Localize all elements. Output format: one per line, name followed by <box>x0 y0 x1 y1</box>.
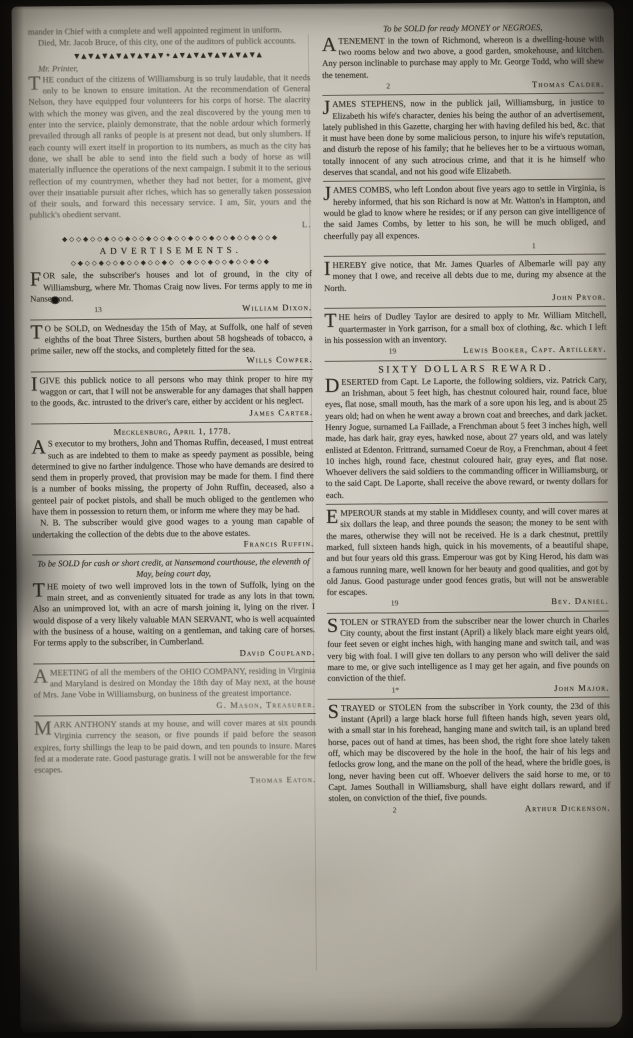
ad-divider-rule <box>34 713 316 716</box>
signature: Francis Ruffin. <box>244 538 315 550</box>
body-text: OR sale, the subscriber's houses and lot… <box>30 268 312 303</box>
signature: James Carter. <box>249 407 313 419</box>
ad-body: JAMES STEPHENS, now in the publick jail,… <box>322 97 605 179</box>
tally-mark: 2 <box>386 80 390 91</box>
drop-cap: J <box>323 186 331 204</box>
body-text: TOLEN or STRAYED from the subscriber nea… <box>327 614 609 683</box>
ad-body: IGIVE this publick notice to all persons… <box>31 373 313 409</box>
ad-body: DESERTED from Capt. Le Laporte, the foll… <box>325 374 608 501</box>
ad-boat-three-sisters-cowper: TO be SOLD, on Wednesday the 15th of May… <box>30 321 312 369</box>
scanned-newspaper-photo: mander in Chief with a complete and well… <box>0 0 633 1038</box>
tally-mark: 1* <box>391 684 399 695</box>
ad-body: FOR sale, the subscriber's houses and lo… <box>30 268 312 304</box>
drop-cap: S <box>328 704 339 722</box>
body-text: GIVE this publick notice to all persons … <box>31 373 313 408</box>
signature-line: Thomas Eaton. <box>34 774 316 788</box>
ad-strayed-horse-dickenson: STRAYED or STOLEN from the subscriber in… <box>328 700 611 815</box>
paragraph: Died, Mr. Jacob Bruce, of this city, one… <box>28 35 310 49</box>
body-text: AMES STEPHENS, now in the publick jail, … <box>323 97 605 177</box>
ink-blot <box>50 296 60 304</box>
ad-body: THE moiety of two well improved lots in … <box>33 579 316 649</box>
ad-body: THE conduct of the citizens of Williamsb… <box>28 72 311 221</box>
ad-body: JAMES COMBS, who left London about five … <box>323 183 605 242</box>
ad-body: THE heirs of Dudley Taylor are desired t… <box>324 310 606 346</box>
body-text: HE moiety of two well improved lots in t… <box>33 579 315 648</box>
ad-body: AMEETING of all the members of the OHIO … <box>33 665 315 701</box>
drop-cap: T <box>33 582 45 600</box>
ad-body: ATENEMENT in the town of Richmond, where… <box>322 33 604 81</box>
body-text: TENEMENT in the town of Richmond, whereo… <box>322 33 604 79</box>
ad-james-stephens-denial: JAMES STEPHENS, now in the publick jail,… <box>322 97 605 179</box>
signature-line: John Pryor. <box>324 292 606 306</box>
signature: Wills Cowper. <box>246 354 312 366</box>
ad-body: AS executor to my brothers, John and Tho… <box>31 436 314 518</box>
drop-cap: I <box>31 376 38 394</box>
ornament-row-above-advertisements: ◆◇◇◆◇◇◆◇◇◆◇◇◆◇◇◆◇◇◆◇◇◆◇◇◆◇◇◆◇◇◆ <box>30 233 312 244</box>
drop-cap: I <box>324 261 331 279</box>
signature: John Pryor. <box>552 292 606 304</box>
drop-cap: T <box>324 313 336 331</box>
drop-cap: M <box>34 720 52 738</box>
ad-divider-rule <box>31 421 313 424</box>
left-column: mander in Chief with a complete and well… <box>28 24 319 1026</box>
body-text: HE heirs of Dudley Taylor are desired to… <box>324 310 606 345</box>
signature: Thomas Calder. <box>532 78 604 90</box>
body-text: MPEROUR stands at my stable in Middlesex… <box>326 506 608 598</box>
drop-cap: A <box>322 37 337 55</box>
signature: David Coupland. <box>239 647 315 659</box>
ad-suffolk-lots-coupland: To be SOLD for cash or short credit, at … <box>32 556 315 660</box>
ad-body: IHEREBY give notice, that Mr. James Quar… <box>324 258 606 294</box>
italic-heading: To be SOLD for cash or short credit, at … <box>32 556 314 580</box>
right-column: To be SOLD for ready MONEY or NEGROES,AT… <box>322 21 613 1023</box>
ad-pryor-absence-notice: IHEREBY give notice, that Mr. James Quar… <box>324 258 606 306</box>
tally-mark: 1 <box>532 240 536 251</box>
body-text: MEETING of all the members of the OHIO C… <box>33 665 315 700</box>
drop-cap: A <box>33 668 48 686</box>
ad-divider-rule <box>327 610 609 613</box>
ad-body: EMPEROUR stands at my stable in Middlese… <box>326 506 609 599</box>
ad-james-combs-inquiry: JAMES COMBS, who left London about five … <box>323 183 606 253</box>
signature: Bev. Daniel. <box>551 596 609 608</box>
ad-divider-rule <box>326 502 608 505</box>
page-columns: mander in Chief with a complete and well… <box>28 21 613 1026</box>
ad-divider-rule <box>324 254 606 257</box>
ad-emperour-stud: EMPEROUR stands at my stable in Middlese… <box>326 506 609 610</box>
signature: William Dixon. <box>242 302 312 314</box>
ad-stolen-mare-major: STOLEN or STRAYED from the subscriber ne… <box>327 614 610 696</box>
drop-cap: A <box>31 440 46 458</box>
drop-cap: E <box>326 509 338 527</box>
signature: Lewis Booker, Capt. Artillery. <box>463 344 606 357</box>
body-text: AMES COMBS, who left London about five y… <box>323 183 605 241</box>
body-text: S executor to my brothers, John and Thom… <box>32 436 314 516</box>
ad-ruffin-estates-notice: Mecklenburg, April 1, 1778.AS executor t… <box>31 425 314 552</box>
signature: G. Mason, Treasurer. <box>216 699 315 711</box>
ad-houses-for-sale-dixon: FOR sale, the subscriber's houses and lo… <box>30 268 312 316</box>
body-text: ESERTED from Capt. Le Laporte, the follo… <box>325 374 608 499</box>
ad-ohio-company-meeting: AMEETING of all the members of the OHIO … <box>33 665 315 713</box>
signature: Arthur Dickenson. <box>525 802 611 814</box>
ad-richmond-tenement-calder: To be SOLD for ready MONEY or NEGROES,AT… <box>322 21 605 92</box>
ad-dudley-taylor-heirs: THE heirs of Dudley Taylor are desired t… <box>324 310 606 358</box>
postscript: N. B. The subscriber would give good wag… <box>32 515 314 540</box>
ornament-row-below-advertisements: ◇◆◇◇◆◇◇◆◇◇◆◇◇◆◇ ◇◆◇◇◆◇◇◆◇◇◆◇◆ <box>30 257 312 268</box>
ad-divider-rule <box>31 369 313 372</box>
body-text: HEREBY give notice, that Mr. James Quarl… <box>324 258 606 293</box>
ad-waggon-notice-carter: IGIVE this publick notice to all persons… <box>31 373 313 421</box>
signature: John Major. <box>554 682 609 694</box>
ad-divider-rule <box>323 179 605 182</box>
drop-cap: T <box>30 324 42 342</box>
tally-mark: 13 <box>94 304 102 315</box>
ad-divider-rule <box>30 317 312 320</box>
letter-to-the-printer: Mr. Printer,THE conduct of the citizens … <box>28 61 311 233</box>
drop-cap: S <box>327 618 338 636</box>
ad-divider-rule <box>322 93 604 96</box>
drop-cap: J <box>322 100 330 118</box>
body-text: O be SOLD, on Wednesday the 15th of May,… <box>30 321 312 356</box>
signature-line: 19Bev. Daniel. <box>327 596 609 610</box>
tally-mark: 19 <box>391 598 399 609</box>
ornament-row-zigzag-divider: ▼▲▼▲▼▲▼▲▼▲▼▲▼✦▲▼▲▼▲▼▲▼▲▼▲▼▲ <box>28 50 310 61</box>
ad-divider-rule <box>32 552 314 555</box>
ad-body: TO be SOLD, on Wednesday the 15th of May… <box>30 321 312 357</box>
drop-cap: T <box>28 75 40 93</box>
ad-body: STOLEN or STRAYED from the subscriber ne… <box>327 614 610 684</box>
tally-mark: 19 <box>389 346 397 357</box>
body-text: HE conduct of the citizens of Williamsbu… <box>28 72 311 220</box>
tally-mark: 2 <box>393 804 397 815</box>
ad-divider-rule <box>325 358 607 361</box>
ad-mark-anthony-stud: MARK ANTHONY stands at my house, and wil… <box>34 717 317 787</box>
signature: Thomas Eaton. <box>250 774 317 786</box>
ad-deserters-reward: SIXTY DOLLARS REWARD.DESERTED from Capt.… <box>325 362 608 501</box>
text-block-carry-over: mander in Chief with a complete and well… <box>28 24 310 49</box>
ad-divider-rule <box>324 306 606 309</box>
body-text: ARK ANTHONY stands at my house, and will… <box>34 717 316 775</box>
body-text: TRAYED or STOLEN from the subscriber in … <box>328 700 611 803</box>
section-title-advertisements: ADVERTISEMENTS. <box>30 244 312 258</box>
ad-body: MARK ANTHONY stands at my house, and wil… <box>34 717 316 776</box>
ad-divider-rule <box>328 696 610 699</box>
drop-cap: D <box>325 378 340 396</box>
newspaper-page: mander in Chief with a complete and well… <box>12 1 623 1032</box>
drop-cap: F <box>30 272 41 290</box>
ad-body: STRAYED or STOLEN from the subscriber in… <box>328 700 611 804</box>
ad-divider-rule <box>33 661 315 664</box>
